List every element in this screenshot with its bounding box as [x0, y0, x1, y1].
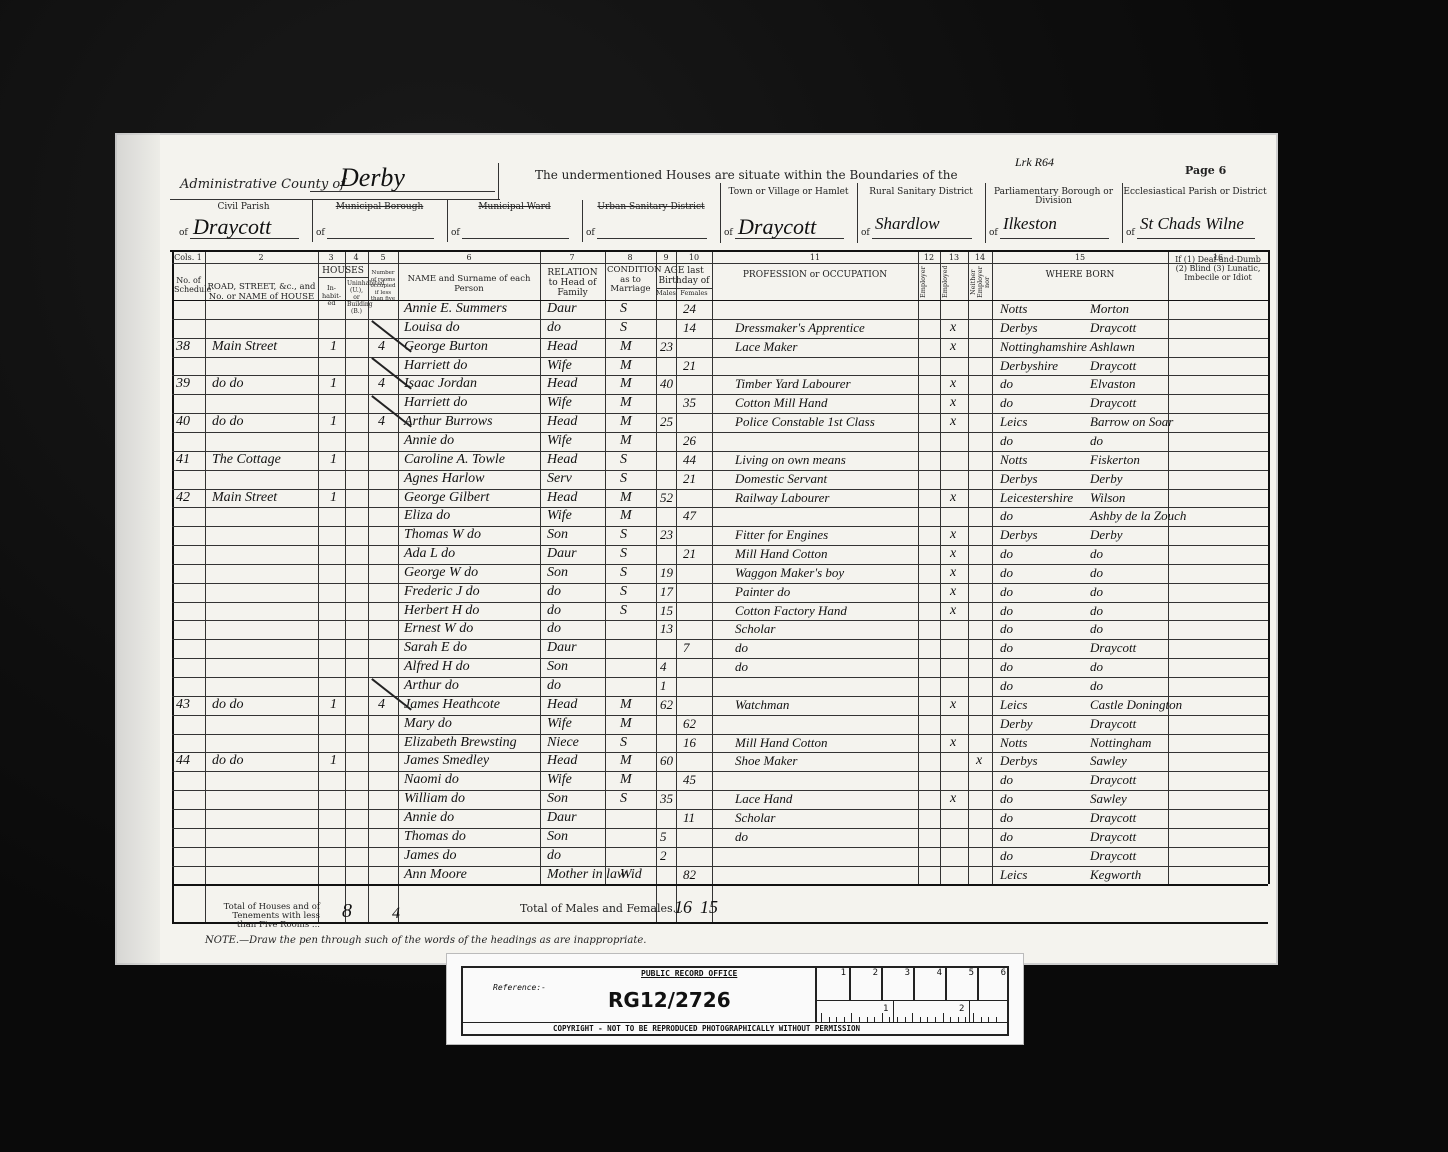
relation: Son	[547, 829, 568, 845]
person-name: George Burton	[404, 339, 488, 355]
male-age: 4	[660, 659, 667, 675]
relation: Wife	[547, 433, 572, 449]
relation: Serv	[547, 471, 572, 487]
birth-county: do	[1000, 791, 1013, 807]
occupation: Railway Labourer	[735, 490, 830, 506]
birth-place: Sawley	[1090, 753, 1127, 769]
birth-place: Ashlawn	[1090, 339, 1135, 355]
birth-place: Morton	[1090, 301, 1129, 317]
relation: Wife	[547, 358, 572, 374]
birth-county: do	[1000, 772, 1013, 788]
marital-condition: M	[620, 508, 632, 524]
relation: Daur	[547, 301, 577, 317]
county-value: Derby	[340, 163, 405, 193]
person-name: James do	[404, 848, 457, 864]
employed-mark: x	[950, 603, 956, 619]
person-name: Naomi do	[404, 772, 459, 788]
person-name: Arthur do	[404, 678, 459, 694]
marital-condition: M	[620, 395, 632, 411]
female-age: 82	[683, 867, 696, 883]
employed-mark: x	[950, 376, 956, 392]
male-age: 62	[660, 697, 673, 713]
female-age: 14	[683, 320, 696, 336]
header-field-label: Ecclesiastical Parish or District	[1122, 188, 1268, 197]
inhabited-count: 1	[330, 697, 337, 713]
header-field-value: Shardlow	[875, 214, 940, 234]
marital-condition: S	[620, 301, 627, 317]
birth-place: Draycott	[1090, 829, 1136, 845]
employed-mark: x	[950, 414, 956, 430]
county-label: Administrative County of	[180, 177, 345, 192]
column-header-employer: Employer	[920, 266, 938, 298]
inhabited-count: 1	[330, 414, 337, 430]
table-row	[172, 564, 1268, 583]
birth-county: do	[1000, 508, 1013, 524]
column-number: 10	[674, 253, 714, 262]
header-field-value: St Chads Wilne	[1140, 214, 1244, 234]
birth-county: Derbyshire	[1000, 358, 1058, 374]
employed-mark: x	[950, 791, 956, 807]
column-number: 6	[449, 253, 489, 262]
houses-total-label: Total of Houses and of Tenements with le…	[220, 903, 320, 930]
header-field-label: Municipal Borough	[312, 203, 447, 212]
relation: do	[547, 678, 561, 694]
relation: Daur	[547, 810, 577, 826]
column-header-employed: Employed	[942, 266, 966, 298]
relation: Head	[547, 697, 577, 713]
header-field-label: Municipal Ward	[447, 203, 582, 212]
occupation: Waggon Maker's boy	[735, 565, 844, 581]
column-header-relation: RELATION to Head of Family	[542, 268, 603, 298]
birth-place: Wilson	[1090, 490, 1125, 506]
birth-county: do	[1000, 678, 1013, 694]
birth-place: do	[1090, 584, 1103, 600]
employed-mark: x	[950, 697, 956, 713]
column-number: 5	[363, 253, 403, 262]
table-row	[172, 432, 1268, 451]
birth-place: Barrow on Soar	[1090, 414, 1173, 430]
rooms-count: 4	[378, 697, 385, 713]
person-name: Thomas W do	[404, 527, 481, 543]
occupation: do	[735, 659, 748, 675]
male-age: 23	[660, 339, 673, 355]
marital-condition: S	[620, 791, 627, 807]
ruler-inch-label: 2	[959, 1004, 964, 1014]
birth-place: do	[1090, 659, 1103, 675]
birth-place: Fiskerton	[1090, 452, 1140, 468]
ruler-mark: 4	[913, 968, 945, 1000]
header-field-label: Town or Village or Hamlet	[720, 188, 857, 197]
header-field-prefix: of	[1126, 228, 1135, 238]
column-header-occupation: PROFESSION or OCCUPATION	[714, 270, 916, 280]
rooms-count: 4	[378, 339, 385, 355]
marital-condition: M	[620, 339, 632, 355]
address: The Cottage	[212, 452, 281, 468]
relation: Son	[547, 565, 568, 581]
marital-condition: S	[620, 603, 627, 619]
birth-county: Derbys	[1000, 471, 1038, 487]
employed-mark: x	[950, 339, 956, 355]
person-name: Elizabeth Brewsting	[404, 735, 517, 751]
male-age: 13	[660, 621, 673, 637]
employed-mark: x	[950, 490, 956, 506]
ruler-mark: 1	[817, 968, 849, 1000]
birth-county: Leics	[1000, 867, 1027, 883]
marital-condition: S	[620, 584, 627, 600]
marital-condition: S	[620, 452, 627, 468]
person-name: Louisa do	[404, 320, 460, 336]
schedule-number: 41	[176, 452, 190, 468]
occupation: Lace Maker	[735, 339, 797, 355]
copyright-notice: COPYRIGHT - NOT TO BE REPRODUCED PHOTOGR…	[553, 1024, 860, 1033]
header-field-value: Draycott	[738, 214, 816, 240]
person-name: Annie do	[404, 810, 454, 826]
column-number: 7	[552, 253, 592, 262]
person-name: Sarah E do	[404, 640, 467, 656]
marital-condition: M	[620, 414, 632, 430]
relation: Head	[547, 414, 577, 430]
inhabited-count: 1	[330, 452, 337, 468]
relation: Son	[547, 659, 568, 675]
female-age: 7	[683, 640, 690, 656]
birth-place: do	[1090, 621, 1103, 637]
occupation: Living on own means	[735, 452, 846, 468]
occupation: Dressmaker's Apprentice	[735, 320, 865, 336]
marital-condition: M	[620, 433, 632, 449]
birth-place: do	[1090, 433, 1103, 449]
birth-place: Nottingham	[1090, 735, 1151, 751]
birth-county: do	[1000, 659, 1013, 675]
ruler-inch-label: 1	[883, 1004, 888, 1014]
birth-place: Derby	[1090, 527, 1123, 543]
table-row	[172, 658, 1268, 677]
relation: Niece	[547, 735, 579, 751]
marital-condition: M	[620, 358, 632, 374]
birth-county: do	[1000, 829, 1013, 845]
occupation: Fitter for Engines	[735, 527, 828, 543]
male-age: 25	[660, 414, 673, 430]
marital-condition: S	[620, 527, 627, 543]
person-name: William do	[404, 791, 465, 807]
employed-mark: x	[950, 565, 956, 581]
column-header-neither: Neither Employer nor Employed	[970, 266, 990, 298]
column-header-age: AGE last Birthday of	[658, 266, 710, 286]
footnote: NOTE.—Draw the pen through such of the w…	[205, 935, 646, 946]
female-age: 16	[683, 735, 696, 751]
header-field-prefix: of	[451, 228, 460, 238]
female-age: 24	[683, 301, 696, 317]
boundaries-text: The undermentioned Houses are situate wi…	[535, 168, 958, 182]
relation: Head	[547, 376, 577, 392]
birth-place: Draycott	[1090, 358, 1136, 374]
birth-place: Castle Donington	[1090, 697, 1182, 713]
female-age: 21	[683, 546, 696, 562]
occupation: Mill Hand Cotton	[735, 735, 827, 751]
birth-county: Leicestershire	[1000, 490, 1073, 506]
person-name: George W do	[404, 565, 478, 581]
person-name: Frederic J do	[404, 584, 480, 600]
occupation: Cotton Factory Hand	[735, 603, 847, 619]
males-total: 16	[674, 897, 692, 918]
birth-county: do	[1000, 848, 1013, 864]
relation: Son	[547, 527, 568, 543]
table-row	[172, 620, 1268, 639]
employed-mark: x	[950, 584, 956, 600]
birth-place: Draycott	[1090, 848, 1136, 864]
female-age: 21	[683, 358, 696, 374]
person-name: Caroline A. Towle	[404, 452, 505, 468]
employed-mark: x	[950, 546, 956, 562]
relation: do	[547, 320, 561, 336]
ruler-mark: 2	[849, 968, 881, 1000]
person-name: George Gilbert	[404, 490, 489, 506]
occupation: Scholar	[735, 621, 775, 637]
top-annotation: Lrk R64	[1015, 155, 1054, 170]
female-age: 26	[683, 433, 696, 449]
marital-condition: M	[620, 753, 632, 769]
birth-county: do	[1000, 546, 1013, 562]
table-row	[172, 677, 1268, 696]
ruler-mark: 3	[881, 968, 913, 1000]
relation: Son	[547, 791, 568, 807]
relation: do	[547, 584, 561, 600]
rooms-count: 4	[378, 414, 385, 430]
marital-condition: M	[620, 716, 632, 732]
column-header-rooms: Number of rooms occupied if less than fi…	[370, 270, 396, 303]
male-age: 15	[660, 603, 673, 619]
marital-condition: M	[620, 490, 632, 506]
column-header-where-born: WHERE BORN	[994, 270, 1166, 280]
occupation: Painter do	[735, 584, 790, 600]
person-name: Agnes Harlow	[404, 471, 485, 487]
birth-place: do	[1090, 546, 1103, 562]
ruler-mark: 5	[945, 968, 977, 1000]
person-name: Thomas do	[404, 829, 466, 845]
inhabited-count: 1	[330, 753, 337, 769]
birth-place: Draycott	[1090, 395, 1136, 411]
column-number: 2	[241, 253, 281, 262]
scale-ruler: 12345612	[815, 968, 1009, 1022]
birth-place: Draycott	[1090, 810, 1136, 826]
column-number: 8	[610, 253, 650, 262]
female-age: 45	[683, 772, 696, 788]
occupation: Police Constable 1st Class	[735, 414, 875, 430]
birth-county: Leics	[1000, 697, 1027, 713]
schedule-number: 43	[176, 697, 190, 713]
employed-mark: x	[950, 395, 956, 411]
birth-place: Draycott	[1090, 320, 1136, 336]
birth-place: do	[1090, 565, 1103, 581]
females-total: 15	[700, 897, 718, 918]
birth-county: Notts	[1000, 301, 1027, 317]
relation: Mother in law	[547, 867, 626, 883]
relation: Head	[547, 339, 577, 355]
column-header-females: Females	[676, 290, 712, 297]
birth-county: do	[1000, 565, 1013, 581]
male-age: 23	[660, 527, 673, 543]
relation: Wife	[547, 395, 572, 411]
birth-place: Ashby de la Zouch	[1090, 508, 1186, 524]
occupation: do	[735, 829, 748, 845]
address: do do	[212, 376, 244, 392]
column-header-name: NAME and Surname of each Person	[400, 275, 538, 294]
column-header-infirmity: If (1) Deaf-and-Dumb (2) Blind (3) Lunat…	[1170, 255, 1266, 282]
person-name: Ann Moore	[404, 867, 467, 883]
persons-total-label: Total of Males and Females...	[520, 902, 683, 915]
occupation: Shoe Maker	[735, 753, 797, 769]
marital-condition: M	[620, 772, 632, 788]
birth-county: Nottinghamshire	[1000, 339, 1087, 355]
table-row	[172, 545, 1268, 564]
person-name: Annie do	[404, 433, 454, 449]
birth-county: do	[1000, 640, 1013, 656]
female-age: 62	[683, 716, 696, 732]
birth-place: Kegworth	[1090, 867, 1141, 883]
male-age: 5	[660, 829, 667, 845]
female-age: 21	[683, 471, 696, 487]
inhabited-count: 1	[330, 339, 337, 355]
birth-county: Derbys	[1000, 527, 1038, 543]
birth-county: do	[1000, 584, 1013, 600]
header-field-label: Civil Parish	[175, 203, 312, 212]
birth-county: do	[1000, 621, 1013, 637]
column-header-males: Males	[656, 290, 676, 297]
person-name: Harriett do	[404, 358, 467, 374]
male-age: 17	[660, 584, 673, 600]
person-name: Mary do	[404, 716, 452, 732]
male-age: 52	[660, 490, 673, 506]
address: do do	[212, 753, 244, 769]
birth-place: do	[1090, 678, 1103, 694]
occupation: Domestic Servant	[735, 471, 827, 487]
neither-mark: x	[976, 753, 982, 769]
header-field-value: Draycott	[193, 214, 271, 240]
female-age: 44	[683, 452, 696, 468]
marital-condition: S	[620, 565, 627, 581]
occupation: Timber Yard Labourer	[735, 376, 851, 392]
header-field-prefix: of	[316, 228, 325, 238]
occupation: Scholar	[735, 810, 775, 826]
male-age: 40	[660, 376, 673, 392]
birth-place: Elvaston	[1090, 376, 1136, 392]
houses-total: 8	[342, 900, 352, 923]
schedule-number: 44	[176, 753, 190, 769]
page-number: Page 6	[1185, 164, 1226, 177]
occupation: do	[735, 640, 748, 656]
table-row	[172, 583, 1268, 602]
header-field-value: Ilkeston	[1003, 214, 1057, 234]
marital-condition: S	[620, 320, 627, 336]
person-name: James Heathcote	[404, 697, 500, 713]
reference-number: RG12/2726	[608, 988, 731, 1012]
male-age: 60	[660, 753, 673, 769]
ruler-mark: 6	[977, 968, 1009, 1000]
marital-condition: M	[620, 697, 632, 713]
inhabited-count: 1	[330, 490, 337, 506]
relation: do	[547, 848, 561, 864]
birth-county: do	[1000, 603, 1013, 619]
birth-county: Derbys	[1000, 753, 1038, 769]
birth-county: Derbys	[1000, 320, 1038, 336]
person-name: Arthur Burrows	[404, 414, 493, 430]
marital-condition: M	[620, 376, 632, 392]
birth-county: Derby	[1000, 716, 1033, 732]
occupation: Cotton Mill Hand	[735, 395, 827, 411]
birth-county: do	[1000, 395, 1013, 411]
person-name: Alfred H do	[404, 659, 470, 675]
address: Main Street	[212, 490, 277, 506]
reference-card: PUBLIC RECORD OFFICE Reference:- RG12/27…	[446, 953, 1024, 1045]
person-name: Ada L do	[404, 546, 455, 562]
schedule-number: 38	[176, 339, 190, 355]
reference-label: Reference:-	[493, 983, 546, 992]
male-age: 35	[660, 791, 673, 807]
birth-place: do	[1090, 603, 1103, 619]
column-header-condition: CONDITION as to Marriage	[607, 266, 654, 295]
relation: Daur	[547, 546, 577, 562]
birth-county: Notts	[1000, 452, 1027, 468]
relation: Wife	[547, 508, 572, 524]
table-row	[172, 602, 1268, 621]
person-name: Eliza do	[404, 508, 450, 524]
address: do do	[212, 697, 244, 713]
relation: Wife	[547, 772, 572, 788]
female-age: 35	[683, 395, 696, 411]
header-field-prefix: of	[724, 228, 733, 238]
schedule-number: 42	[176, 490, 190, 506]
column-number: 11	[795, 253, 835, 262]
birth-place: Draycott	[1090, 716, 1136, 732]
birth-place: Sawley	[1090, 791, 1127, 807]
relation: Head	[547, 753, 577, 769]
person-name: James Smedley	[404, 753, 489, 769]
employed-mark: x	[950, 735, 956, 751]
person-name: Harriett do	[404, 395, 467, 411]
header-field-label: Parliamentary Borough or Division	[985, 188, 1122, 206]
relation: Wife	[547, 716, 572, 732]
marital-condition: S	[620, 471, 627, 487]
person-name: Ernest W do	[404, 621, 473, 637]
header-field-label: Rural Sanitary District	[857, 188, 985, 197]
header-field-prefix: of	[586, 228, 595, 238]
person-name: Annie E. Summers	[404, 301, 507, 317]
male-age: 19	[660, 565, 673, 581]
birth-county: do	[1000, 376, 1013, 392]
birth-county: Notts	[1000, 735, 1027, 751]
office-label: PUBLIC RECORD OFFICE	[641, 969, 737, 978]
relation: Head	[547, 452, 577, 468]
female-age: 11	[683, 810, 695, 826]
relation: do	[547, 603, 561, 619]
marital-condition: S	[620, 546, 627, 562]
relation: Daur	[547, 640, 577, 656]
rooms-count: 4	[378, 376, 385, 392]
address: do do	[212, 414, 244, 430]
marital-condition: Wid	[620, 867, 642, 883]
address: Main Street	[212, 339, 277, 355]
relation: do	[547, 621, 561, 637]
birth-place: Draycott	[1090, 772, 1136, 788]
male-age: 1	[660, 678, 667, 694]
marital-condition: S	[620, 735, 627, 751]
employed-mark: x	[950, 527, 956, 543]
header-field-prefix: of	[179, 228, 188, 238]
occupation: Lace Hand	[735, 791, 792, 807]
schedule-number: 39	[176, 376, 190, 392]
header-field-prefix: of	[989, 228, 998, 238]
tenements-total: 4	[392, 905, 400, 923]
birth-county: do	[1000, 810, 1013, 826]
